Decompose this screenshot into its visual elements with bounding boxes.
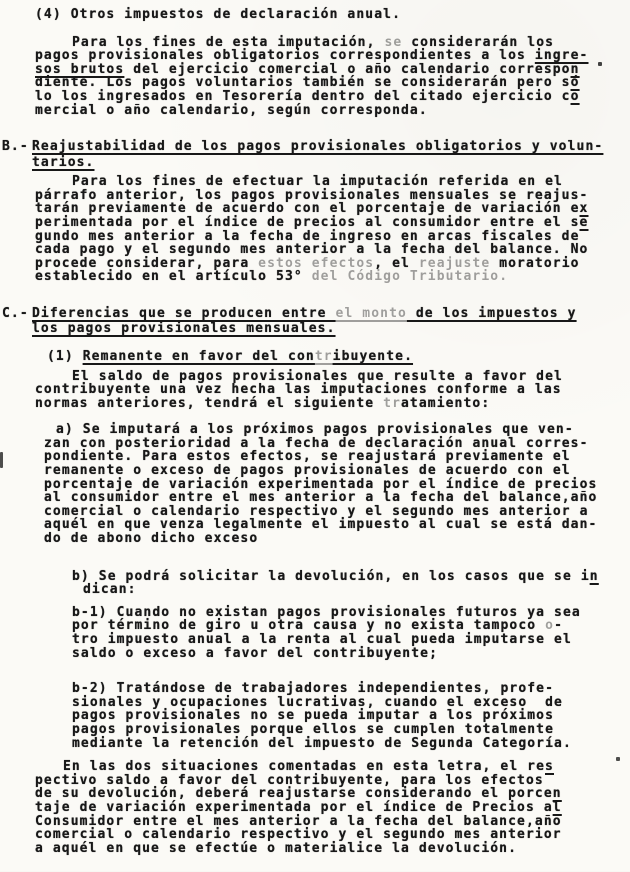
- para-reajuste: Para los fines de efectuar la imputación…: [35, 175, 630, 284]
- text-line: establecido en el artículo 53° del Códig…: [35, 270, 630, 284]
- text-line: normas anteriores, tendrá el siguiente t…: [35, 397, 630, 411]
- text-segment: o: [545, 618, 554, 633]
- text-line: Reajustabilidad de los pagos provisional…: [32, 139, 630, 155]
- text-segment: b) Se podrá solicitar la devolución, en …: [72, 569, 590, 584]
- underlined-text: los pagos provisionales mensuales.: [32, 321, 336, 336]
- scan-speck: [616, 757, 620, 761]
- para-imputacion: Para los fines de esta imputación, se co…: [35, 36, 630, 118]
- text-line: tro impuesto anual a la renta al cual pu…: [72, 633, 630, 647]
- section-c-heading: C.-Diferencias que se producen entre el …: [32, 306, 630, 337]
- text-line: pagos provisionales porque ellos se cump…: [72, 723, 630, 737]
- text-segment: do de abono dicho exceso: [44, 531, 258, 546]
- text-line: pagos provisionales no se pueda imputar …: [72, 709, 630, 723]
- text-line: saldo o exceso a favor del contribuyente…: [72, 647, 630, 661]
- text-line: perimentada por el índice de precios al …: [35, 216, 630, 230]
- text-segment: tr: [383, 396, 401, 411]
- underlined-text: s: [545, 759, 554, 774]
- underlined-text: n: [590, 569, 599, 584]
- text-line: b) Se podrá solicitar la devolución, en …: [72, 570, 630, 584]
- scan-speck: [598, 62, 602, 66]
- text-segment: atamiento:: [401, 396, 490, 411]
- text-line: dican:: [72, 583, 630, 597]
- text-segment: saldo o exceso a favor del contribuyente…: [72, 646, 438, 661]
- scanned-document-page: (4) Otros impuestos de declaración anual…: [0, 0, 630, 872]
- text-line: aquél en que venza legalmente el impuest…: [44, 518, 630, 532]
- section-label: C.-: [2, 306, 29, 322]
- text-line: (1) Remanente en favor del contribuyente…: [47, 350, 630, 364]
- text-segment: (1): [47, 349, 83, 364]
- text-line: tarios.: [32, 155, 630, 171]
- item-4-heading: (4) Otros impuestos de declaración anual…: [35, 8, 630, 22]
- item-b1: b-1) Cuando no existan pagos provisional…: [72, 606, 630, 660]
- underlined-text: ibuyente.: [333, 349, 413, 364]
- text-line: tarán previamente de acuerdo con el porc…: [35, 202, 630, 216]
- item-b2: b-2) Tratándose de trabajadores independ…: [72, 682, 630, 750]
- text-segment: establecido en el artículo 53°: [35, 269, 312, 284]
- text-line: mercial o año calendario, según correspo…: [35, 104, 630, 118]
- text-segment: se: [384, 35, 402, 50]
- text-line: Diferencias que se producen entre el mon…: [32, 306, 630, 322]
- underlined-text: tarios.: [32, 155, 95, 170]
- text-line: lo los ingresados en Tesorería dentro de…: [35, 90, 630, 104]
- text-line: do de abono dicho exceso: [44, 532, 630, 546]
- text-line: pagos provisionales obligatorios corresp…: [35, 49, 630, 63]
- text-segment: mediante la retención del impuesto de Se…: [72, 736, 572, 751]
- text-segment: mercial o año calendario, según correspo…: [35, 103, 428, 118]
- text-line: a aquél en que se efectúe o materialice …: [35, 842, 630, 856]
- underlined-text: el monto: [336, 306, 407, 321]
- text-line: cada pago y el segundo mes anterior a la…: [35, 243, 630, 257]
- underlined-text: tr: [315, 349, 333, 364]
- scan-edge-mark: [0, 452, 3, 468]
- section-label: B.-: [2, 139, 29, 155]
- text-segment: (4) Otros impuestos de declaración anual…: [35, 7, 401, 22]
- text-line: comercial o calendario respectivo y el s…: [35, 828, 630, 842]
- underlined-text: e: [580, 215, 589, 230]
- item-b-intro: b) Se podrá solicitar la devolución, en …: [72, 570, 630, 597]
- text-line: Para los fines de efectuar la imputación…: [35, 175, 630, 189]
- text-line: taje de variación experimentada por el í…: [35, 801, 630, 815]
- item-1-heading: (1) Remanente en favor del contribuyente…: [47, 350, 630, 364]
- underlined-text: Diferencias que se producen entre: [32, 306, 336, 321]
- underlined-text: de los impuestos y: [407, 306, 577, 321]
- text-line: a) Se imputará a los próximos pagos prov…: [44, 423, 630, 437]
- text-segment: normas anteriores, tendrá el siguiente: [35, 396, 383, 411]
- underlined-text: Reajustabilidad de los pagos provisional…: [32, 139, 603, 154]
- text-line: contribuyente una vez hecha las imputaci…: [35, 383, 630, 397]
- text-line: b-2) Tratándose de trabajadores independ…: [72, 682, 630, 696]
- underlined-text: o: [571, 89, 580, 104]
- text-line: al consumidor entre el mes anterior a la…: [44, 491, 630, 505]
- underlined-text: Remanente en favor del con: [83, 349, 315, 364]
- text-line: (4) Otros impuestos de declaración anual…: [35, 8, 630, 22]
- text-line: diente. Los pagos voluntarios también se…: [35, 76, 630, 90]
- text-segment: del Código Tributario.: [312, 269, 508, 284]
- document-body: (4) Otros impuestos de declaración anual…: [35, 8, 630, 855]
- para-devolucion: En las dos situaciones comentadas en est…: [35, 760, 630, 855]
- text-line: remanente o exceso de pagos provisionale…: [44, 464, 630, 478]
- text-line: los pagos provisionales mensuales.: [32, 321, 630, 337]
- text-line: por término de giro u otra causa y no ex…: [72, 619, 630, 633]
- text-segment: a aquél en que se efectúe o materialice …: [35, 841, 517, 856]
- para-remanente: El saldo de pagos provisionales que resu…: [35, 370, 630, 411]
- item-a: a) Se imputará a los próximos pagos prov…: [44, 423, 630, 545]
- section-b-heading: B.-Reajustabilidad de los pagos provisio…: [32, 139, 630, 170]
- text-line: mediante la retención del impuesto de Se…: [72, 737, 630, 751]
- text-segment: dican:: [83, 582, 137, 597]
- text-line: de su devolución, deberá reajustarse con…: [35, 787, 630, 801]
- text-line: En las dos situaciones comentadas en est…: [35, 760, 630, 774]
